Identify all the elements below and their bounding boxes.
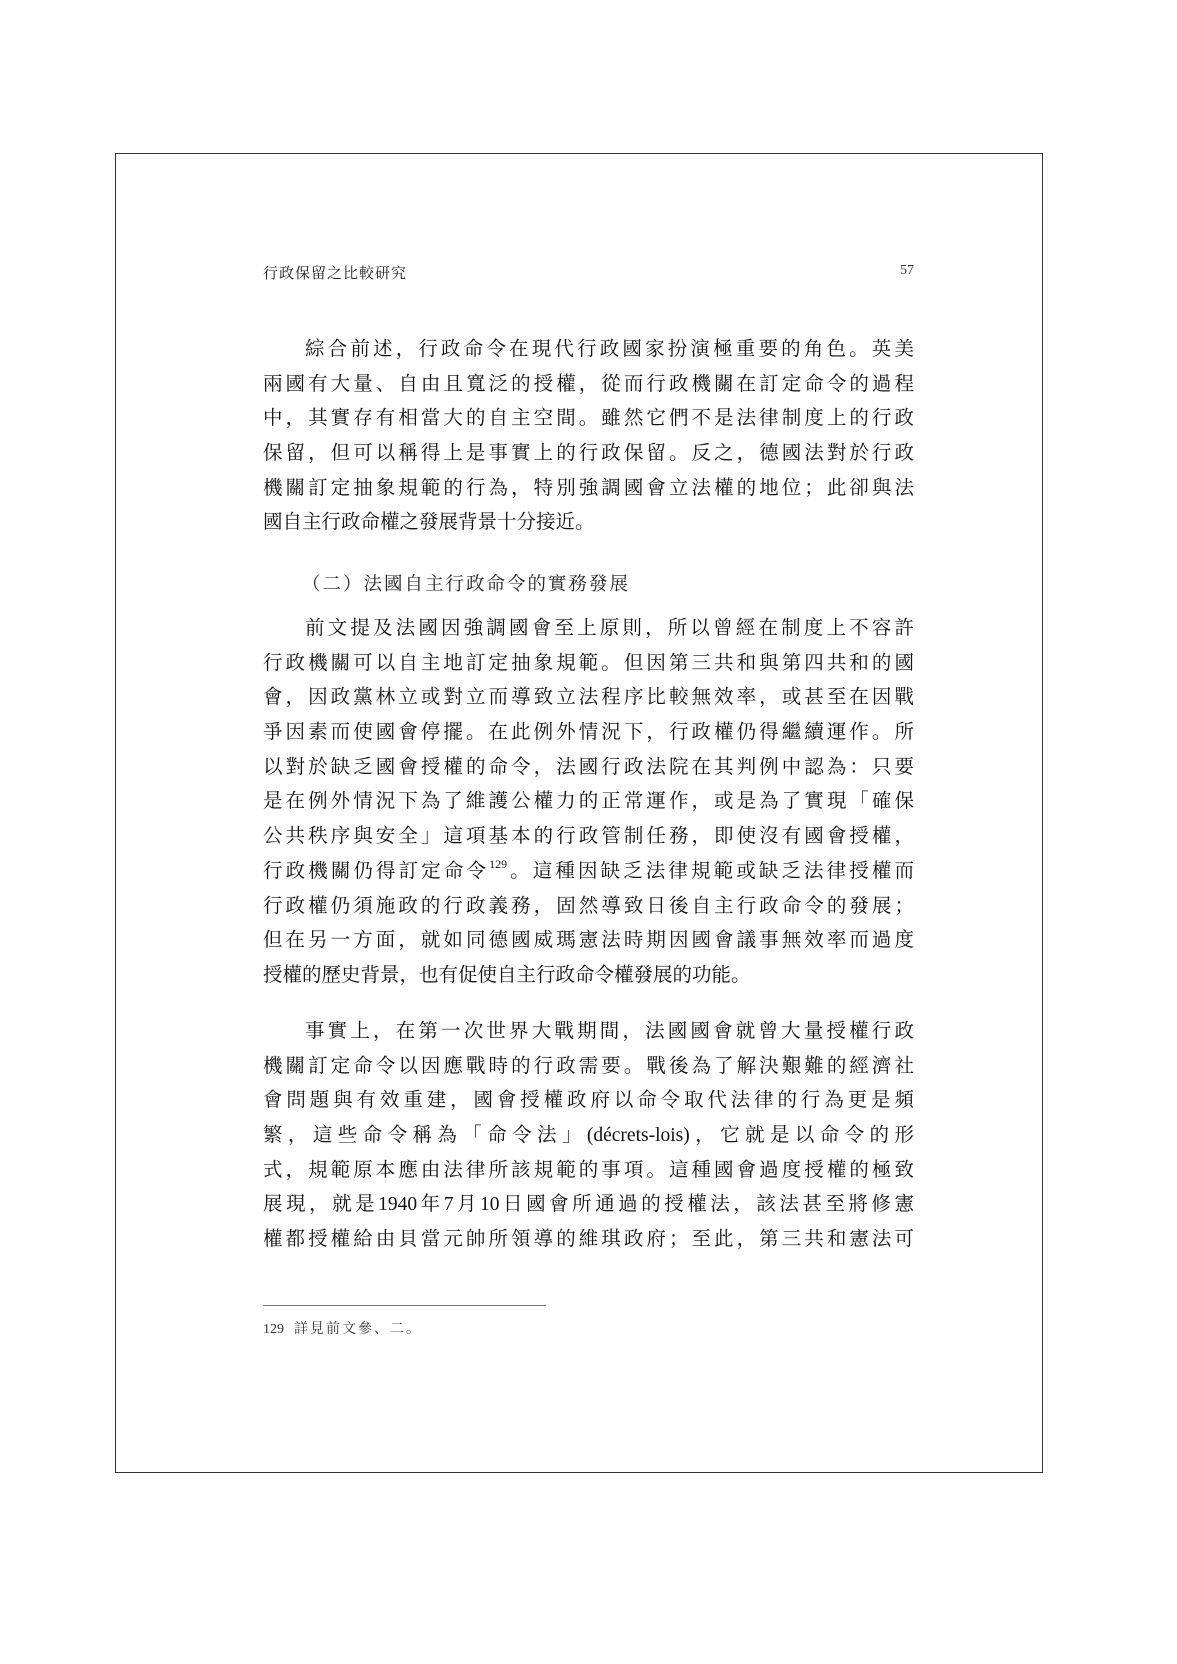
latin-term: (décrets-lois)	[587, 1125, 690, 1146]
footnote: 129詳見前文參、二。	[263, 1318, 422, 1338]
text-line: 機關訂定抽象規範的行為，特別強調國會立法權的地位；此卻與法	[263, 471, 914, 506]
running-title: 行政保留之比較研究	[263, 262, 407, 283]
footnote-number: 129	[263, 1322, 284, 1337]
text-segment: 繁，這些命令稱為「命令法」	[263, 1123, 587, 1146]
paragraph-2: 前文提及法國因強調國會至上原則，所以曾經在制度上不容許 行政機關可以自主地訂定抽…	[263, 611, 914, 993]
footnote-text: 詳見前文參、二。	[294, 1321, 422, 1337]
text-line: 保留，但可以稱得上是事實上的行政保留。反之，德國法對於行政	[263, 436, 914, 471]
text-segment: 年	[417, 1192, 444, 1215]
text-line: 繁，這些命令稱為「命令法」(décrets-lois)，它就是以命令的形	[263, 1118, 914, 1153]
text-line: 兩國有大量、自由且寬泛的授權，從而行政機關在訂定命令的過程	[263, 367, 914, 402]
text-line: 但在另一方面，就如同德國威瑪憲法時期因國會議事無效率而過度	[263, 923, 914, 958]
text-line: 權都授權給由貝當元帥所領導的維琪政府；至此，第三共和憲法可	[263, 1222, 914, 1257]
running-header: 行政保留之比較研究 57	[263, 262, 914, 286]
text-line: 爭因素而使國會停擺。在此例外情況下，行政權仍得繼續運作。所	[263, 715, 914, 750]
text-line: 前文提及法國因強調國會至上原則，所以曾經在制度上不容許	[263, 611, 914, 646]
month: 7	[444, 1194, 454, 1215]
footnote-separator	[263, 1305, 546, 1306]
text-line: 以對於缺乏國會授權的命令，法國行政法院在其判例中認為：只要	[263, 750, 914, 785]
text-line: 式，規範原本應由法律所該規範的事項。這種國會過度授權的極致	[263, 1153, 914, 1188]
text-line: 機關訂定命令以因應戰時的行政需要。戰後為了解決艱難的經濟社	[263, 1049, 914, 1084]
text-segment: 日國會所通過的授權法，該法甚至將修憲	[500, 1192, 914, 1215]
page-number: 57	[900, 263, 914, 279]
text-line: 行政權仍須施政的行政義務，固然導致日後自主行政命令的發展；	[263, 889, 914, 924]
text-segment: 展現，就是	[263, 1192, 378, 1215]
day: 10	[480, 1194, 500, 1215]
text-line: 會，因政黨林立或對立而導致立法程序比較無效率，或甚至在因戰	[263, 680, 914, 715]
paragraph-3: 事實上，在第一次世界大戰期間，法國國會就曾大量授權行政 機關訂定命令以因應戰時的…	[263, 1014, 914, 1257]
section-heading: （二）法國自主行政命令的實務發展	[302, 570, 630, 596]
text-line: 公共秩序與安全」這項基本的行政管制任務，即使沒有國會授權，	[263, 819, 914, 854]
paragraph-1: 綜合前述，行政命令在現代行政國家扮演極重要的角色。英美 兩國有大量、自由且寬泛的…	[263, 332, 914, 540]
text-line: 行政機關可以自主地訂定抽象規範。但因第三共和與第四共和的國	[263, 646, 914, 681]
footnote-reference[interactable]: 129	[489, 857, 507, 871]
text-line: 會問題與有效重建，國會授權政府以命令取代法律的行為更是頻	[263, 1083, 914, 1118]
year: 1940	[378, 1194, 417, 1215]
text-segment: 行政機關仍得訂定命令	[263, 859, 489, 882]
text-segment: 。這種因缺乏法律規範或缺乏法律授權而	[507, 859, 914, 882]
text-line: 展現，就是1940年7月10日國會所通過的授權法，該法甚至將修憲	[263, 1187, 914, 1222]
text-line: 中，其實存有相當大的自主空間。雖然它們不是法律制度上的行政	[263, 401, 914, 436]
text-segment: ，它就是以命令的形	[690, 1123, 914, 1146]
text-line: 綜合前述，行政命令在現代行政國家扮演極重要的角色。英美	[263, 332, 914, 367]
text-line: 事實上，在第一次世界大戰期間，法國國會就曾大量授權行政	[263, 1014, 914, 1049]
text-line: 是在例外情況下為了維護公權力的正常運作，或是為了實現「確保	[263, 784, 914, 819]
text-segment: 月	[453, 1192, 480, 1215]
text-line: 授權的歷史背景，也有促使自主行政命令權發展的功能。	[263, 958, 914, 993]
text-line-with-footnote: 行政機關仍得訂定命令129。這種因缺乏法律規範或缺乏法律授權而	[263, 854, 914, 889]
text-line: 國自主行政命權之發展背景十分接近。	[263, 505, 914, 540]
